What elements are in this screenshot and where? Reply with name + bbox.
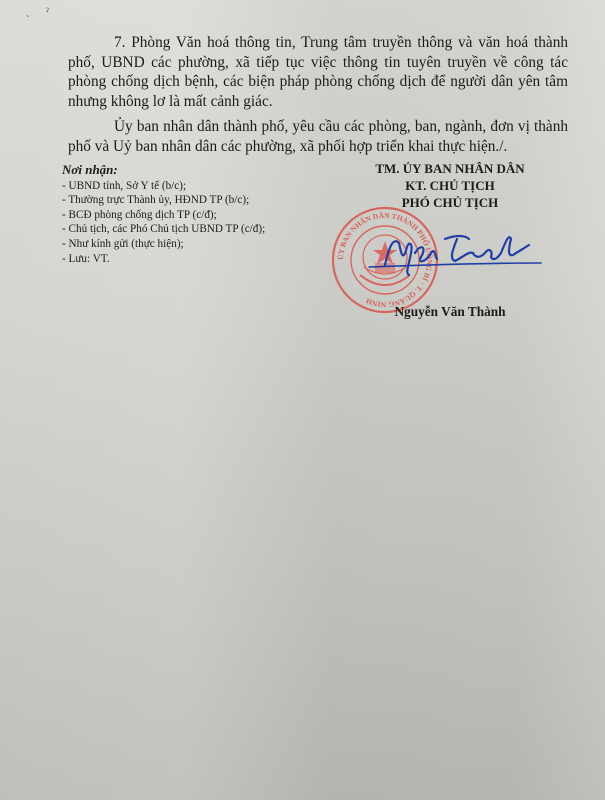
corner-mark: ˀ [46, 6, 49, 18]
handwritten-signature [365, 225, 545, 285]
paragraph-item-7: 7. Phòng Văn hoá thông tin, Trung tâm tr… [68, 33, 568, 111]
recipient-item: - Thường trực Thành ủy, HĐND TP (b/c); [62, 193, 342, 208]
recipient-item: - Như kính gửi (thực hiện); [62, 237, 342, 252]
recipient-item: - Chủ tịch, các Phó Chủ tịch UBND TP (c/… [62, 222, 342, 237]
signature-line: KT. CHỦ TỊCH [330, 178, 570, 195]
signer-name: Nguyễn Văn Thành [330, 304, 570, 320]
recipients-title: Nơi nhận: [62, 163, 342, 178]
paragraph-closing: Ủy ban nhân dân thành phố, yêu cầu các p… [68, 117, 568, 156]
signature-line: TM. ỦY BAN NHÂN DÂN [330, 161, 570, 178]
recipients-block: Nơi nhận: - UBND tỉnh, Sở Y tế (b/c); - … [62, 163, 342, 266]
signature-heading: TM. ỦY BAN NHÂN DÂN KT. CHỦ TỊCH PHÓ CHỦ… [330, 161, 570, 211]
recipient-item: - BCĐ phòng chống dịch TP (c/đ); [62, 208, 342, 223]
corner-mark: ` [26, 14, 30, 26]
recipient-item: - UBND tỉnh, Sở Y tế (b/c); [62, 179, 342, 194]
recipient-item: - Lưu: VT. [62, 252, 342, 267]
document-body: 7. Phòng Văn hoá thông tin, Trung tâm tr… [68, 33, 568, 162]
